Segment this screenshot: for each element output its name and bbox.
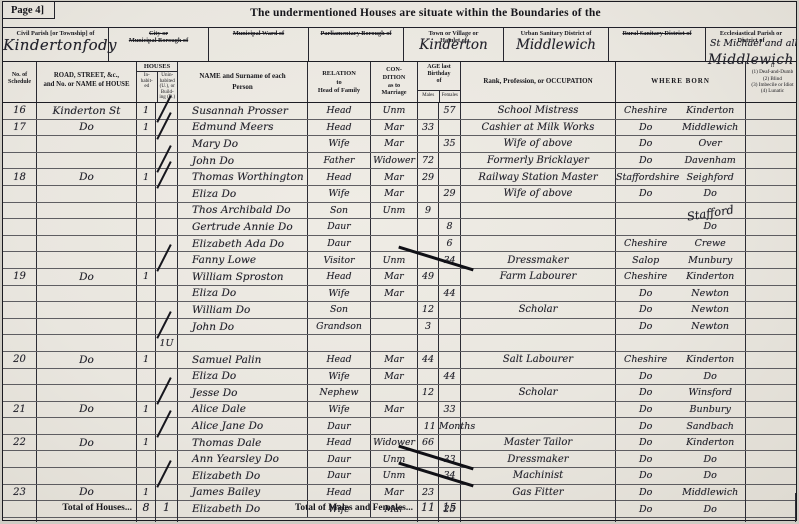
person-name: Gertrude Annie Do: [192, 221, 293, 233]
person-name: Elizabeth Ada Do: [192, 238, 284, 250]
cell-inhabited: [137, 186, 156, 202]
born-county: Do: [616, 487, 675, 498]
cell-condition: Widower: [371, 153, 418, 169]
cell-age-female: [439, 120, 461, 136]
cell-age-female: 8: [439, 219, 461, 235]
cell-condition: Mar: [371, 186, 418, 202]
born-county: Do: [616, 155, 675, 166]
district-cell: City or Municipal Borough of: [109, 28, 209, 61]
cell-occupation: [461, 335, 616, 351]
born-county: Do: [616, 371, 675, 382]
age-female-value: 8: [446, 221, 452, 232]
cell-infirmities: [746, 252, 796, 268]
cell-inhabited: [137, 369, 156, 385]
cell-where-born: Staffordshire Seighford: [616, 169, 746, 185]
cell-schedule: [3, 219, 37, 235]
cell-infirmities: [746, 402, 796, 418]
cell-inhabited: 1: [137, 402, 156, 418]
born-place: Seighford: [675, 172, 745, 183]
born-county: Do: [616, 188, 675, 199]
age-female-value: 44: [443, 288, 455, 299]
cell-occupation: Machinist: [461, 468, 616, 484]
cell-age-female: [439, 319, 461, 335]
cell-age-female: 33: [439, 402, 461, 418]
cell-age-female: 29: [439, 186, 461, 202]
born-place: Do: [675, 221, 745, 232]
col-header-inhabited: In- habit- ed: [137, 72, 158, 102]
person-name: Thomas Worthington: [192, 171, 304, 183]
col-header-females: Females: [440, 91, 461, 102]
age-female-value: 29: [443, 188, 455, 199]
cell-occupation: [461, 501, 616, 517]
cell-name: Alice Jane Do: [178, 418, 308, 434]
person-name: William Do: [192, 304, 250, 316]
born-county: Do: [616, 321, 675, 332]
cell-age-male: [418, 501, 439, 517]
district-cell: Civil Parish [or Township] of Kindertonf…: [3, 28, 109, 61]
cell-age-male: 72: [418, 153, 439, 169]
cell-schedule: [3, 418, 37, 434]
cell-name: Fanny Lowe: [178, 252, 308, 268]
cell-occupation: Master Tailor: [461, 435, 616, 451]
born-county: Cheshire: [616, 105, 675, 116]
cell-where-born: Do Winsford: [616, 385, 746, 401]
cell-where-born: Do Newton: [616, 302, 746, 318]
cell-inhabited: [137, 153, 156, 169]
cell-schedule: 19: [3, 269, 37, 285]
cell-road: Do: [37, 269, 137, 285]
cell-inhabited: [137, 136, 156, 152]
cell-occupation: [461, 236, 616, 252]
cell-occupation: Formerly Bricklayer: [461, 153, 616, 169]
cell-condition: [371, 302, 418, 318]
cell-where-born: Cheshire Kinderton: [616, 352, 746, 368]
age-female-value: 33: [443, 404, 455, 415]
table-row: Alice Jane Do Daur 11 Months Do Sandbach: [3, 418, 796, 435]
sheet-title: The undermentioned Houses are situate wi…: [55, 2, 796, 19]
cell-road: Do: [37, 402, 137, 418]
person-name: Thos Archibald Do: [192, 204, 291, 216]
age-group-title: AGE last Birthday of: [418, 62, 460, 90]
table-row: 17 Do 1 Edmund Meers Head Mar 33 Cashier…: [3, 120, 796, 137]
cell-name: John Do: [178, 153, 308, 169]
born-county: Do: [616, 437, 675, 448]
cell-condition: Unm: [371, 468, 418, 484]
person-name: Alice Jane Do: [192, 420, 263, 432]
cell-road: [37, 236, 137, 252]
cell-schedule: 17: [3, 120, 37, 136]
cell-where-born: Do Middlewich: [616, 485, 746, 501]
born-place: Do: [675, 470, 745, 481]
cell-schedule: [3, 153, 37, 169]
cell-age-male: [418, 136, 439, 152]
cell-occupation: [461, 203, 616, 219]
cell-where-born: Cheshire Kinderton: [616, 103, 746, 119]
born-county: Do: [616, 404, 675, 415]
cell-inhabited: [137, 286, 156, 302]
cell-name: Eliza Do: [178, 286, 308, 302]
cell-age-female: 11 Months: [439, 418, 461, 434]
born-place: Do: [675, 371, 745, 382]
age-female-value: 6: [446, 238, 452, 249]
cell-occupation: Wife of above: [461, 186, 616, 202]
cell-uninhabited: 1U: [156, 335, 178, 351]
born-county: Do: [616, 504, 675, 515]
cell-age-male: [418, 219, 439, 235]
district-label: City or Municipal Borough of: [109, 28, 208, 44]
cell-infirmities: [746, 352, 796, 368]
cell-name: Alice Dale: [178, 402, 308, 418]
district-row: Civil Parish [or Township] of Kindertonf…: [3, 28, 796, 62]
cell-condition: Unm: [371, 252, 418, 268]
cell-infirmities: [746, 203, 796, 219]
table-row: Elizabeth Do Daur Unm 34 Machinist Do Do: [3, 468, 796, 485]
cell-road: [37, 451, 137, 467]
born-place: Over: [675, 138, 745, 149]
cell-age-male: [418, 186, 439, 202]
born-place: Middlewich: [675, 122, 745, 133]
age-female-value: 33: [443, 454, 455, 465]
cell-age-female: [439, 153, 461, 169]
cell-condition: Mar: [371, 120, 418, 136]
col-header-schedule: No. of Schedule: [3, 62, 37, 102]
district-value-secondary: Middlewich: [708, 52, 794, 68]
cell-schedule: [3, 252, 37, 268]
cell-condition: [371, 418, 418, 434]
cell-occupation: [461, 319, 616, 335]
born-county: Do: [616, 454, 675, 465]
cell-name: Elizabeth Do: [178, 501, 308, 517]
district-label: Parliamentary Borough of: [309, 28, 403, 37]
cell-name: Thomas Dale: [178, 435, 308, 451]
cell-relation: Wife: [308, 369, 371, 385]
column-headers: No. of Schedule ROAD, STREET, &c., and N…: [3, 62, 796, 103]
cell-name: [178, 335, 308, 351]
cell-road: [37, 335, 137, 351]
cell-occupation: Dressmaker: [461, 252, 616, 268]
cell-relation: Head: [308, 435, 371, 451]
cell-occupation: Gas Fitter: [461, 485, 616, 501]
cell-where-born: Salop Munbury: [616, 252, 746, 268]
cell-age-male: 44: [418, 352, 439, 368]
cell-condition: Mar: [371, 402, 418, 418]
cell-age-male: [418, 335, 439, 351]
cell-relation: Wife: [308, 501, 371, 517]
cell-infirmities: [746, 451, 796, 467]
born-place: Kinderton: [675, 437, 745, 448]
cell-relation: Visitor: [308, 252, 371, 268]
cell-name: Elizabeth Ada Do: [178, 236, 308, 252]
cell-age-male: 29: [418, 169, 439, 185]
born-county: Staffordshire: [616, 172, 675, 183]
cell-condition: Mar: [371, 136, 418, 152]
cell-relation: Head: [308, 103, 371, 119]
cell-road: Do: [37, 352, 137, 368]
cell-road: [37, 286, 137, 302]
born-county: Do: [616, 387, 675, 398]
cell-name: James Bailey: [178, 485, 308, 501]
cell-occupation: Dressmaker: [461, 451, 616, 467]
cell-age-male: 9: [418, 203, 439, 219]
table-row: Eliza Do Wife Mar 44 Do Newton: [3, 286, 796, 303]
cell-infirmities: [746, 219, 796, 235]
born-county: Do: [616, 122, 675, 133]
person-name: Alice Dale: [192, 403, 246, 415]
cell-age-male: [418, 369, 439, 385]
cell-condition: [371, 219, 418, 235]
district-cell: Town or Village or Hamlet of Kinderton: [404, 28, 504, 61]
district-cell: Ecclesiastical Parish or District of St …: [706, 28, 796, 61]
cell-road: Do: [37, 485, 137, 501]
cell-inhabited: [137, 451, 156, 467]
cell-relation: Son: [308, 203, 371, 219]
cell-age-female: 34: [439, 468, 461, 484]
born-place: Davenham: [675, 155, 745, 166]
table-row: Jesse Do Nephew 12 Scholar Do Winsford: [3, 385, 796, 402]
cell-age-male: 12: [418, 302, 439, 318]
cell-schedule: 21: [3, 402, 37, 418]
person-name: John Do: [192, 155, 234, 167]
cell-name: Susannah Prosser: [178, 103, 308, 119]
cell-where-born: Cheshire Crewe: [616, 236, 746, 252]
table-row: Fanny Lowe Visitor Unm 34 Dressmaker Sal…: [3, 252, 796, 269]
cell-where-born: Do Davenham: [616, 153, 746, 169]
district-label: Rural Sanitary District of: [609, 28, 705, 37]
person-name: John Do: [192, 321, 234, 333]
cell-relation: Head: [308, 485, 371, 501]
cell-relation: Son: [308, 302, 371, 318]
cell-inhabited: [137, 385, 156, 401]
cell-relation: Daur: [308, 451, 371, 467]
cell-relation: Head: [308, 269, 371, 285]
cell-age-female: 35: [439, 136, 461, 152]
cell-road: [37, 369, 137, 385]
cell-where-born: Do Do: [616, 468, 746, 484]
cell-occupation: [461, 369, 616, 385]
cell-name: William Do: [178, 302, 308, 318]
table-row: Elizabeth Do Wife Mar 25 Do Do: [3, 501, 796, 518]
cell-road: [37, 385, 137, 401]
cell-name: Edmund Meers: [178, 120, 308, 136]
born-county: Do: [616, 138, 675, 149]
table-row: 23 Do 1 James Bailey Head Mar 23 Gas Fit…: [3, 485, 796, 502]
cell-schedule: [3, 319, 37, 335]
cell-inhabited: [137, 252, 156, 268]
cell-where-born: [616, 335, 746, 351]
cell-road: [37, 501, 137, 517]
cell-relation: Daur: [308, 468, 371, 484]
table-row: 1U: [3, 335, 796, 352]
col-header-males: Males: [418, 91, 440, 102]
cell-where-born: Do: [616, 219, 746, 235]
cell-schedule: [3, 451, 37, 467]
cell-where-born: Do Do: [616, 451, 746, 467]
cell-infirmities: [746, 120, 796, 136]
cell-schedule: 22: [3, 435, 37, 451]
person-name: Ann Yearsley Do: [192, 453, 279, 465]
cell-age-female: 6: [439, 236, 461, 252]
cell-occupation: Cashier at Milk Works: [461, 120, 616, 136]
page-label: Page 4]: [3, 2, 55, 19]
cell-where-born: Do Middlewich: [616, 120, 746, 136]
cell-where-born: Do Do: [616, 186, 746, 202]
born-county: Cheshire: [616, 271, 675, 282]
cell-name: Mary Do: [178, 136, 308, 152]
cell-where-born: Do Kinderton: [616, 435, 746, 451]
cell-schedule: [3, 302, 37, 318]
cell-name: John Do: [178, 319, 308, 335]
cell-inhabited: [137, 219, 156, 235]
cell-infirmities: [746, 136, 796, 152]
table-row: Ann Yearsley Do Daur Unm 33 Dressmaker D…: [3, 451, 796, 468]
cell-relation: Daur: [308, 418, 371, 434]
district-value: Middlewich: [504, 37, 608, 53]
cell-age-female: [439, 485, 461, 501]
data-rows: 16 Kinderton St 1 Susannah Prosser Head …: [3, 103, 796, 493]
cell-occupation: Wife of above: [461, 136, 616, 152]
cell-age-female: 34: [439, 252, 461, 268]
infirmities-list: (1) Deaf-and-Dumb (2) Blind (3) Imbecile…: [751, 69, 793, 94]
houses-group-title: HOUSES: [137, 62, 177, 72]
cell-where-born: Do Sandbach: [616, 418, 746, 434]
cell-relation: Grandson: [308, 319, 371, 335]
cell-schedule: [3, 385, 37, 401]
born-place: Winsford: [675, 387, 745, 398]
cell-name: William Sproston: [178, 269, 308, 285]
table-row: Elizabeth Ada Do Daur 6 Cheshire Crewe: [3, 236, 796, 253]
cell-schedule: [3, 186, 37, 202]
cell-inhabited: [137, 236, 156, 252]
cell-age-female: [439, 335, 461, 351]
cell-name: Elizabeth Do: [178, 468, 308, 484]
cell-condition: Mar: [371, 485, 418, 501]
cell-occupation: [461, 286, 616, 302]
cell-where-born: Do Do: [616, 369, 746, 385]
cell-age-male: [418, 402, 439, 418]
cell-road: [37, 219, 137, 235]
cell-schedule: 20: [3, 352, 37, 368]
person-name: James Bailey: [192, 486, 260, 498]
person-name: Susannah Prosser: [192, 105, 288, 117]
cell-schedule: [3, 501, 37, 517]
cell-uninhabited: [156, 269, 178, 285]
cell-road: Kinderton St: [37, 103, 137, 119]
district-cell: Municipal Ward of: [209, 28, 309, 61]
person-name: William Sproston: [192, 271, 284, 283]
cell-infirmities: [746, 319, 796, 335]
district-cell: Urban Sanitary District of Middlewich: [504, 28, 609, 61]
district-label: Municipal Ward of: [209, 28, 308, 37]
cell-relation: Daur: [308, 219, 371, 235]
cell-condition: Unm: [371, 103, 418, 119]
cell-infirmities: [746, 302, 796, 318]
cell-road: [37, 153, 137, 169]
cell-name: Gertrude Annie Do: [178, 219, 308, 235]
cell-road: Do: [37, 435, 137, 451]
cell-inhabited: 1: [137, 485, 156, 501]
cell-age-female: 25: [439, 501, 461, 517]
cell-uninhabited: [156, 203, 178, 219]
census-sheet: Page 4] The undermentioned Houses are si…: [2, 1, 797, 521]
table-row: 18 Do 1 Thomas Worthington Head Mar 29 R…: [3, 169, 796, 186]
cell-age-female: 33: [439, 451, 461, 467]
born-county: Do: [616, 421, 675, 432]
born-place: Do: [675, 188, 745, 199]
person-name: Samuel Palin: [192, 354, 261, 366]
cell-condition: Mar: [371, 501, 418, 517]
cell-name: Thomas Worthington: [178, 169, 308, 185]
cell-age-female: [439, 352, 461, 368]
cell-uninhabited: [156, 219, 178, 235]
cell-schedule: [3, 335, 37, 351]
person-name: Jesse Do: [192, 387, 238, 399]
person-name: Thomas Dale: [192, 437, 261, 449]
cell-infirmities: [746, 335, 796, 351]
person-name: Eliza Do: [192, 188, 236, 200]
cell-relation: Wife: [308, 402, 371, 418]
cell-name: Thos Archibald Do: [178, 203, 308, 219]
cell-relation: Head: [308, 169, 371, 185]
person-name: Elizabeth Do: [192, 470, 260, 482]
table-row: John Do Father Widower 72 Formerly Brick…: [3, 153, 796, 170]
table-row: 16 Kinderton St 1 Susannah Prosser Head …: [3, 103, 796, 120]
born-place: Kinderton: [675, 354, 745, 365]
cell-relation: Wife: [308, 186, 371, 202]
table-row: Mary Do Wife Mar 35 Wife of above Do Ove…: [3, 136, 796, 153]
cell-uninhabited: [156, 352, 178, 368]
cell-schedule: 18: [3, 169, 37, 185]
cell-age-male: 3: [418, 319, 439, 335]
cell-infirmities: [746, 153, 796, 169]
cell-where-born: Do Over: [616, 136, 746, 152]
cell-occupation: Scholar: [461, 302, 616, 318]
cell-where-born: Stafford: [616, 203, 746, 219]
cell-occupation: Salt Labourer: [461, 352, 616, 368]
table-row: 19 Do 1 William Sproston Head Mar 49 Far…: [3, 269, 796, 286]
cell-where-born: Do Do: [616, 501, 746, 517]
table-row: 22 Do 1 Thomas Dale Head Widower 66 Mast…: [3, 435, 796, 452]
cell-inhabited: 1: [137, 120, 156, 136]
cell-inhabited: [137, 302, 156, 318]
table-row: John Do Grandson 3 Do Newton: [3, 319, 796, 336]
born-place: Newton: [675, 304, 745, 315]
cell-inhabited: [137, 335, 156, 351]
person-name: Elizabeth Do: [192, 503, 260, 515]
col-header-infirmities: If(1) Deaf-and-Dumb (2) Blind (3) Imbeci…: [746, 62, 796, 102]
born-place: Do: [675, 454, 745, 465]
cell-infirmities: [746, 468, 796, 484]
person-name: Eliza Do: [192, 287, 236, 299]
cell-name: Samuel Palin: [178, 352, 308, 368]
district-value: Kinderton: [404, 37, 503, 53]
born-place: Newton: [675, 321, 745, 332]
district-cell: Parliamentary Borough of: [309, 28, 404, 61]
cell-uninhabited: [156, 485, 178, 501]
person-name: Edmund Meers: [192, 121, 274, 133]
cell-condition: Mar: [371, 269, 418, 285]
born-place: Kinderton: [675, 271, 745, 282]
cell-infirmities: [746, 103, 796, 119]
cell-road: [37, 468, 137, 484]
cell-inhabited: [137, 468, 156, 484]
cell-name: Eliza Do: [178, 369, 308, 385]
col-header-where-born: WHERE BORN: [616, 62, 746, 102]
cell-where-born: Cheshire Kinderton: [616, 269, 746, 285]
cell-infirmities: [746, 186, 796, 202]
title-bar: Page 4] The undermentioned Houses are si…: [3, 2, 796, 28]
cell-age-male: 12: [418, 385, 439, 401]
cell-occupation: Farm Labourer: [461, 269, 616, 285]
